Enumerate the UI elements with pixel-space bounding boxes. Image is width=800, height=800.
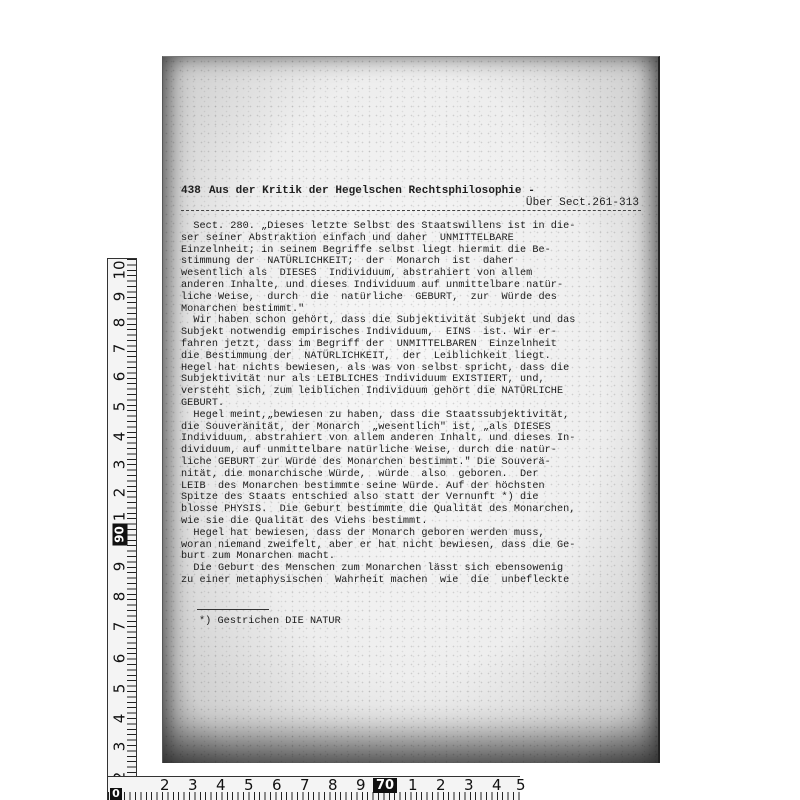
ruler-label: 9 [356, 778, 366, 793]
ruler-label: 4 [492, 778, 502, 793]
text-line: versteht sich, zum leiblichen Individuum… [181, 386, 651, 398]
vertical-ruler: 1098765432190987654321 [107, 258, 137, 800]
ruler-label: 4 [113, 428, 128, 446]
header-rule [181, 209, 641, 211]
ruler-label: 3 [113, 738, 128, 756]
text-line: Einzelnheit; in seinem Begriffe selbst l… [181, 245, 651, 257]
ruler-label: 2 [436, 778, 446, 793]
text-line: stimmung der NATÜRLICHKEIT; der Monarch … [181, 256, 651, 268]
text-line: Individuum, abstrahiert von allem andere… [181, 433, 651, 445]
ruler-label: 2 [113, 484, 128, 502]
ruler-label: 9 [113, 288, 128, 306]
text-line: anderen Inhalte, und dieses Individuum a… [181, 280, 651, 292]
ruler-label: 10 [113, 262, 128, 280]
text-line: Subjekt notwendig empirisches Individuum… [181, 327, 651, 339]
ruler-label: 4 [113, 710, 128, 728]
ruler-label: 5 [113, 680, 128, 698]
header-subtitle: Über Sect.261-313 [181, 197, 651, 209]
horizontal-ruler: 0 234567897012345 [107, 776, 520, 800]
ruler-label: 2 [160, 778, 170, 793]
ruler-zero-label: 0 [110, 788, 122, 800]
text-line: Sect. 280. „Dieses letzte Selbst des Sta… [181, 221, 651, 233]
text-line: LEIB des Monarchen bestimmte seine Würde… [181, 481, 651, 493]
text-line: Hegel hat bewiesen, dass der Monarch geb… [181, 528, 651, 540]
text-line: GEBURT. [181, 398, 651, 410]
ruler-ticks [108, 792, 520, 800]
text-line: zu einer metaphysischen Wahrheit machen … [181, 575, 651, 587]
body-text: Sect. 280. „Dieses letzte Selbst des Sta… [181, 221, 651, 587]
ruler-label: 1 [408, 778, 418, 793]
ruler-label: 8 [113, 314, 128, 332]
header-title: Aus der Kritik der Hegelschen Rechtsphil… [209, 185, 535, 197]
text-line: Die Geburt des Menschen zum Monarchen lä… [181, 563, 651, 575]
ruler-label: 5 [516, 778, 526, 793]
ruler-label: 7 [113, 340, 128, 358]
text-line: dividuum, auf unmittelbare natürliche We… [181, 445, 651, 457]
ruler-label: 8 [113, 588, 128, 606]
ruler-label: 3 [113, 456, 128, 474]
ruler-label: 9 [113, 558, 128, 576]
ruler-label: 6 [272, 778, 282, 793]
text-line: Hegel meint,„bewiesen zu haben, dass die… [181, 410, 651, 422]
ruler-label: 3 [188, 778, 198, 793]
ruler-label: 5 [113, 398, 128, 416]
footnote-rule [197, 609, 269, 610]
text-line: ser seiner Abstraktion einfach und daher… [181, 233, 651, 245]
text-line: liche Weise, durch die natürliche GEBURT… [181, 292, 651, 304]
ruler-label: 90 [113, 524, 128, 546]
ruler-label: 5 [244, 778, 254, 793]
footnote: *) Gestrichen DIE NATUR [199, 616, 651, 628]
ruler-label: 3 [464, 778, 474, 793]
text-line: fahren jetzt, dass im Begriff der UNMITT… [181, 339, 651, 351]
text-line: woran niemand zweifelt, aber er hat nich… [181, 540, 651, 552]
ruler-label: 4 [216, 778, 226, 793]
text-line: Hegel hat nichts bewiesen, als was von s… [181, 363, 651, 375]
text-line: Spitze des Staats entschied also statt d… [181, 492, 651, 504]
text-line: die Souveränität, der Monarch „wesentlic… [181, 422, 651, 434]
text-line: Wir haben schon gehört, dass die Subjekt… [181, 315, 651, 327]
text-line: Monarchen bestimmt." [181, 304, 651, 316]
page-content: 438Aus der Kritik der Hegelschen Rechtsp… [181, 185, 651, 628]
ruler-label: 6 [113, 650, 128, 668]
running-header: 438Aus der Kritik der Hegelschen Rechtsp… [181, 185, 651, 209]
ruler-label: 70 [373, 778, 397, 793]
text-line: burt zum Monarchen macht. [181, 551, 651, 563]
ruler-label: 8 [328, 778, 338, 793]
text-line: nität, die monarchische Würde, würde als… [181, 469, 651, 481]
ruler-label: 7 [113, 618, 128, 636]
text-line: die Bestimmung der NATÜRLICHKEIT, der Le… [181, 351, 651, 363]
scanned-page: 438Aus der Kritik der Hegelschen Rechtsp… [162, 56, 660, 763]
text-line: blosse PHYSIS. Die Geburt bestimmte die … [181, 504, 651, 516]
text-line: wesentlich als DIESES Individuum, abstra… [181, 268, 651, 280]
ruler-label: 7 [300, 778, 310, 793]
text-line: liche GEBURT zur Würde des Monarchen bes… [181, 457, 651, 469]
text-line: wie sie die Qualität des Viehs bestimmt. [181, 516, 651, 528]
ruler-label: 6 [113, 368, 128, 386]
text-line: Subjektivität nur als LEIBLICHES Individ… [181, 374, 651, 386]
page-number: 438 [181, 185, 201, 197]
